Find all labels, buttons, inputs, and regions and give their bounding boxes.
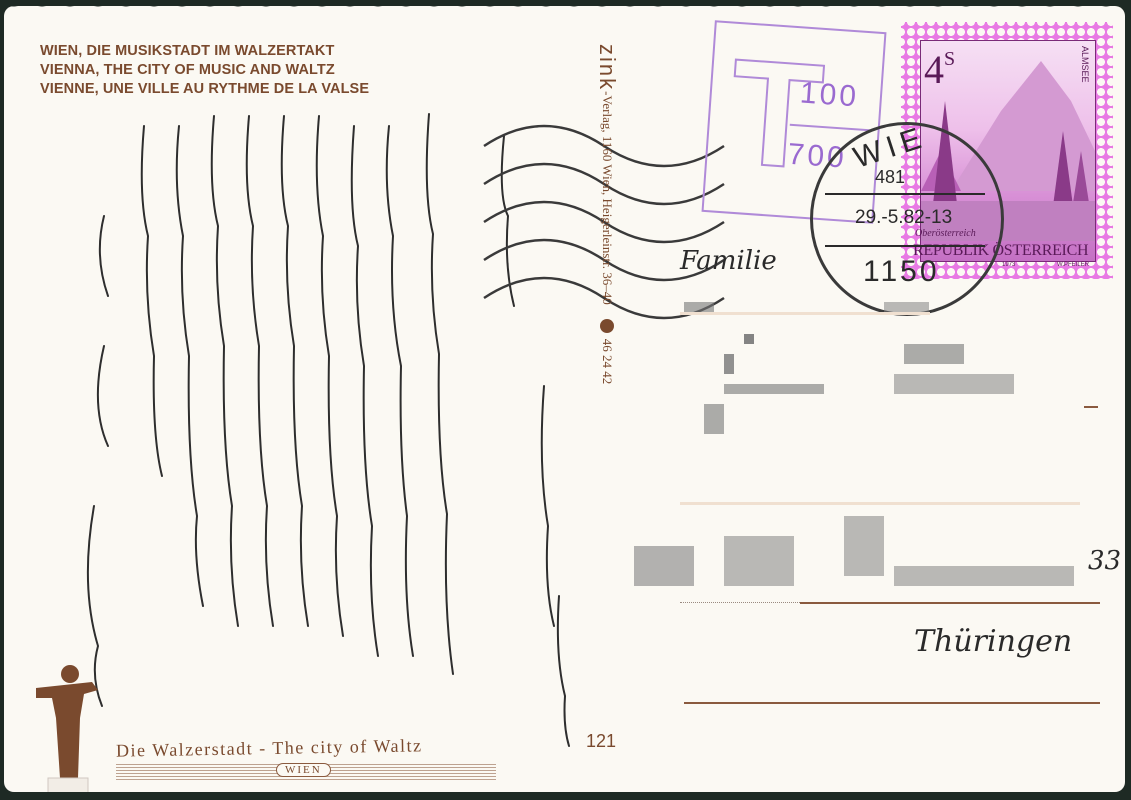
address-line <box>680 312 930 315</box>
postmark-zip: 1150 <box>863 255 940 289</box>
postmark-date: 29.-5.82-13 <box>855 207 952 229</box>
handwritten-house-number: 33 <box>1088 546 1121 576</box>
staff-label: WIEN <box>276 763 331 777</box>
deckle-edge-bottom <box>0 788 1131 800</box>
telephone-icon <box>600 319 614 333</box>
address-line <box>684 702 1100 704</box>
publisher-phone: 46 24 42 <box>600 339 615 385</box>
card-number: 121 <box>586 731 616 752</box>
stamp-year: 1973 <box>1002 262 1015 268</box>
johann-strauss-statue-icon <box>34 658 104 792</box>
address-line <box>1084 406 1098 408</box>
publisher-brand: zink <box>595 44 620 91</box>
address-line <box>680 502 1080 505</box>
publisher-imprint: zink-Verlag, 1160 Wien, Heigerleinstr. 3… <box>594 44 620 384</box>
publisher-address: -Verlag, 1160 Wien, Heigerleinstr. 36–40 <box>600 91 615 305</box>
postcard-back: WIEN, DIE MUSIKSTADT IM WALZERTAKT VIENN… <box>4 6 1125 792</box>
postage-due-numerator: 100 <box>799 76 860 114</box>
handwritten-recipient-greeting: Familie <box>680 246 777 276</box>
postmark-cancellation: WIE 481 29.-5.82-13 1150 <box>810 122 1004 316</box>
stamp-value: 4S <box>924 46 955 93</box>
postmark-code: 481 <box>875 167 905 188</box>
stamp-artist: W.PFEILER <box>1057 262 1089 268</box>
postmark-rule <box>825 193 985 195</box>
deckle-edge-top <box>0 0 1131 12</box>
address-line <box>800 602 1100 604</box>
handwritten-town: Thüringen <box>914 624 1072 659</box>
address-line <box>680 602 800 603</box>
postmark-rule <box>825 245 985 247</box>
stamp-place-name: ALMSEE <box>1080 46 1090 83</box>
